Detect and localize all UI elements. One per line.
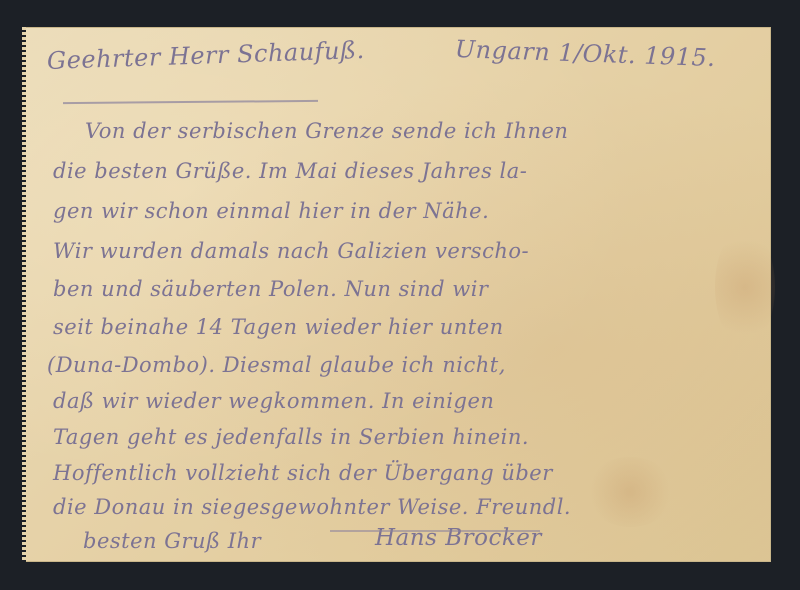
closing: besten Gruß Ihr <box>83 529 261 553</box>
letter-line: Wir wurden damals nach Galizien verscho- <box>53 239 529 263</box>
letter-line: gen wir schon einmal hier in der Nähe. <box>53 199 489 223</box>
letter-line: seit beinahe 14 Tagen wieder hier unten <box>53 315 504 339</box>
paper-stain <box>585 457 675 527</box>
perforated-edge <box>22 27 26 562</box>
letter-line: ben und säuberten Polen. Nun sind wir <box>53 277 488 301</box>
salutation-underline <box>63 100 318 104</box>
letter-line: daß wir wieder wegkommen. In einigen <box>53 389 494 413</box>
paper-stain <box>715 227 775 347</box>
letter-line: die Donau in siegesgewohnter Weise. Freu… <box>53 495 571 519</box>
letter-line: Hoffentlich vollzieht sich der Übergang … <box>53 461 553 485</box>
signature-underline <box>330 530 540 532</box>
letter-line: Tagen geht es jedenfalls in Serbien hine… <box>53 425 529 449</box>
place-date: Ungarn 1/Okt. 1915. <box>455 35 716 72</box>
postcard: Geehrter Herr Schaufuß. Ungarn 1/Okt. 19… <box>25 27 771 562</box>
signature: Hans Brocker <box>375 525 542 551</box>
letter-line: Von der serbischen Grenze sende ich Ihne… <box>85 119 568 143</box>
letter-line: (Duna-Dombo). Diesmal glaube ich nicht, <box>47 353 506 377</box>
salutation: Geehrter Herr Schaufuß. <box>47 36 366 75</box>
letter-line: die besten Grüße. Im Mai dieses Jahres l… <box>53 159 527 183</box>
